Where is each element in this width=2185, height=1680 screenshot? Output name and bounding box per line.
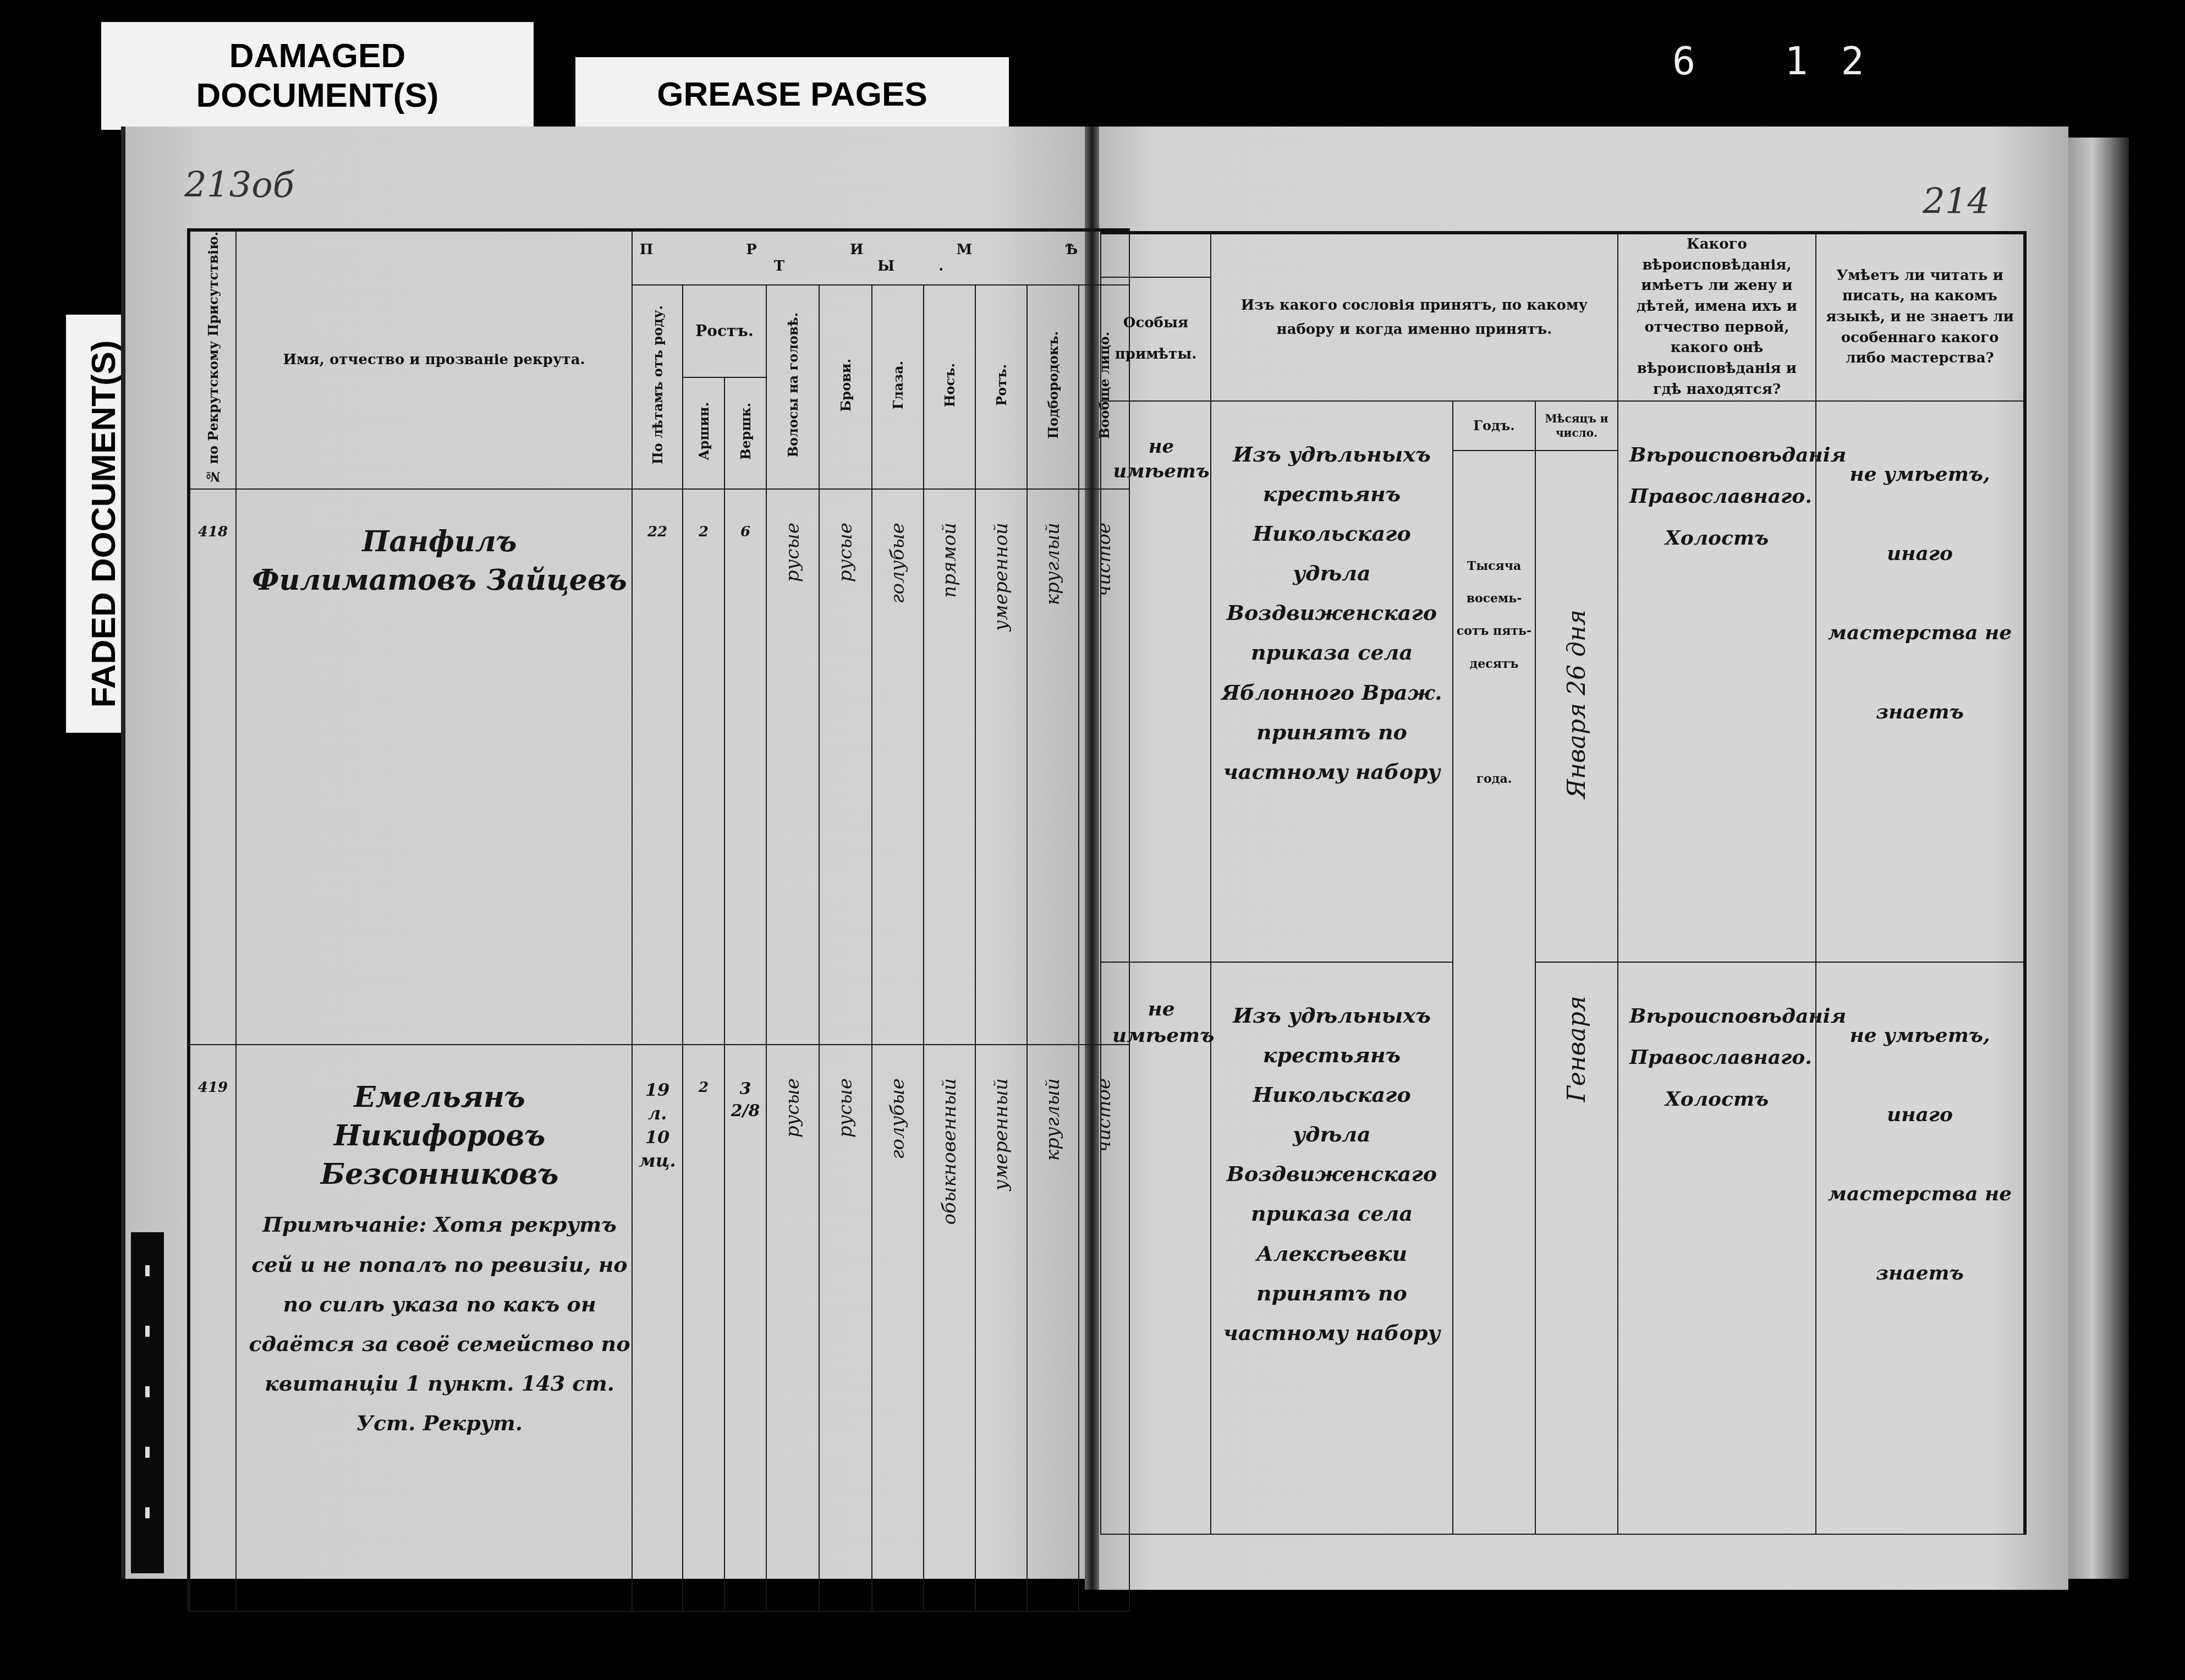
- row2-name: Емельянъ Никифоровъ Безсонниковъ: [248, 1078, 632, 1194]
- row1-mouth: умеренной: [975, 489, 1027, 1045]
- recruit-register-left: № по Рекрутскому Присутствію. Имя, отчес…: [187, 228, 1130, 1612]
- row1-hair: русые: [766, 489, 819, 1045]
- row2-note: Примѣчаніе: Хотя рекрутъ сей и не попалъ…: [248, 1205, 632, 1443]
- row1-name: Панфилъ Филиматовъ Зайцевъ: [236, 489, 632, 1045]
- header-hair: Волосы на головѣ.: [766, 285, 819, 489]
- header-special-top: [1101, 233, 1211, 277]
- header-mouth: Ротъ.: [975, 285, 1027, 489]
- row1-number: 418: [189, 489, 236, 1045]
- row2-mouth: умеренный: [975, 1045, 1027, 1611]
- header-height: Ростъ.: [683, 285, 766, 377]
- folio-number-left: 213об: [184, 165, 294, 206]
- header-origin: Изъ какого сословія принятъ, по какому н…: [1211, 233, 1618, 401]
- header-age: По лѣтамъ отъ роду.: [632, 285, 683, 489]
- grease-pages-label: GREASE PAGES: [575, 57, 1009, 131]
- row1-vershok: 6: [724, 489, 766, 1045]
- row2-vershok: 3 2/8: [724, 1045, 766, 1611]
- table-row: 418 Панфилъ Филиматовъ Зайцевъ 22 2 6 ру…: [189, 489, 1129, 1045]
- year-word-5: года.: [1453, 763, 1535, 795]
- header-primety: П Р И М Ѣ Т Ы.: [632, 230, 1129, 285]
- row2-eyes: голубые: [872, 1045, 924, 1611]
- row2-special-marks: не имѣетъ: [1101, 962, 1211, 1534]
- year-word-2: восемь-: [1453, 583, 1535, 615]
- header-special-marks: Особыя примѣты.: [1101, 277, 1211, 400]
- header-eyes: Глаза.: [872, 285, 924, 489]
- header-brows: Брови.: [819, 285, 872, 489]
- year-printed-cell: Тысяча восемь- сотъ пять- десятъ года.: [1453, 451, 1535, 1534]
- header-chin: Подбородокъ.: [1027, 285, 1079, 489]
- header-literacy: Умѣетъ ли читать и писать, на какомъ язы…: [1816, 233, 2025, 401]
- row2-age: 19 л. 10 мц.: [632, 1045, 683, 1611]
- row1-brows: русые: [819, 489, 872, 1045]
- row2-chin: круглый: [1027, 1045, 1079, 1611]
- row1-arshin: 2: [683, 489, 724, 1045]
- header-vershok: Вершк.: [724, 377, 766, 489]
- row1-religion: Вѣроисповѣданія Православнаго. Холостъ: [1618, 401, 1816, 962]
- row1-special-marks: не имѣетъ: [1101, 401, 1211, 962]
- header-number: № по Рекрутскому Присутствію.: [189, 230, 236, 489]
- row2-month-day: Генваря: [1535, 962, 1618, 1534]
- damaged-documents-label: DAMAGED DOCUMENT(S): [101, 22, 534, 130]
- row2-nose: обыкновенный: [924, 1045, 975, 1611]
- row2-religion: Вѣроисповѣданія Православнаго. Холостъ: [1618, 962, 1816, 1534]
- frame-number: 6 12: [1672, 39, 1897, 84]
- header-year: Годъ.: [1453, 401, 1535, 451]
- header-nose: Носъ.: [924, 285, 975, 489]
- header-religion: Какого вѣроисповѣданія, имѣетъ ли жену и…: [1618, 233, 1816, 401]
- header-arshin: Аршин.: [683, 377, 724, 489]
- row1-origin: Изъ удѣльныхъ крестьянъ Никольскаго удѣл…: [1211, 401, 1453, 962]
- row2-name-cell: Емельянъ Никифоровъ Безсонниковъ Примѣча…: [236, 1045, 632, 1611]
- table-row: 419 Емельянъ Никифоровъ Безсонниковъ При…: [189, 1045, 1129, 1611]
- damaged-label-line1: DAMAGED: [229, 36, 405, 76]
- row1-literacy: не умѣетъ, инаго мастерства не знаетъ: [1816, 401, 2025, 962]
- row2-number: 419: [189, 1045, 236, 1611]
- faded-label-text: FADED DOCUMENT(S): [84, 340, 123, 707]
- row2-brows: русые: [819, 1045, 872, 1611]
- year-word-1: Тысяча: [1453, 550, 1535, 583]
- row2-literacy: не умѣетъ, инаго мастерства не знаетъ: [1816, 962, 2025, 1534]
- header-month-day: Мѣсяцъ и число.: [1535, 401, 1618, 451]
- row1-age: 22: [632, 489, 683, 1045]
- year-word-4: десятъ: [1453, 648, 1535, 680]
- folio-number-right: 214: [1923, 182, 1990, 222]
- row1-eyes: голубые: [872, 489, 924, 1045]
- row2-arshin: 2: [683, 1045, 724, 1611]
- row2-origin: Изъ удѣльныхъ крестьянъ Никольскаго удѣл…: [1211, 962, 1453, 1534]
- table-row: не имѣетъ Изъ удѣльныхъ крестьянъ Николь…: [1101, 962, 2025, 1534]
- header-name: Имя, отчество и прозваніе рекрута.: [236, 230, 632, 489]
- year-word-3: сотъ пять-: [1453, 615, 1535, 647]
- recruit-register-right: Изъ какого сословія принятъ, по какому н…: [1100, 231, 2027, 1535]
- row1-nose: прямой: [924, 489, 975, 1045]
- row2-hair: русые: [766, 1045, 819, 1611]
- damaged-label-line2: DOCUMENT(S): [196, 76, 439, 116]
- row1-month-day: Января 26 дня: [1535, 451, 1618, 962]
- page-stack-edge: [2068, 138, 2129, 1579]
- binding-stitches: [131, 1232, 164, 1573]
- row1-chin: круглый: [1027, 489, 1079, 1045]
